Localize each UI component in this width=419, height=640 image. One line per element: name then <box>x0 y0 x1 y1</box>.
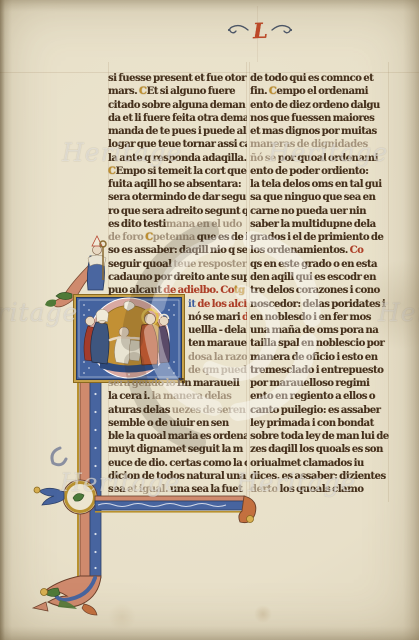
text-run: de adielbo. Co <box>163 285 234 296</box>
text-line: es dito testimana en el udo <box>108 218 247 231</box>
text-run: es dito testi <box>108 219 166 230</box>
text-run: tailla spal en noblescio por <box>250 338 384 349</box>
text-line: los ordenamientos. Co <box>250 244 389 257</box>
text-line: sera otermindo de dar segu <box>108 191 247 204</box>
text-run: carne no pueda uer nin <box>250 206 366 217</box>
text-run: C <box>145 232 153 243</box>
text-line: ñó se por quoal ordenami <box>250 152 389 165</box>
text-run: canto puilegio: es assaber <box>250 405 380 416</box>
text-run: euce de dio. certas como la co <box>108 458 247 469</box>
text-line: it de los alcll <box>108 298 247 311</box>
text-run: Empo si temeit la cort que <box>116 166 247 177</box>
text-run: mana en el udo <box>166 219 242 230</box>
text-column-left: si fuesse present et fue otormars. CEt s… <box>108 72 247 497</box>
text-line: et mas dignos por muitas <box>250 125 389 138</box>
text-run: fin. <box>250 86 269 97</box>
text-run: nos que fuessen maiores <box>250 113 374 124</box>
text-run: tre delos corazones i cono <box>250 285 380 296</box>
text-line: por marauelloso regimi <box>250 377 389 390</box>
text-line: puo alcaut de adielbo. Cotg <box>108 284 247 297</box>
text-line: da et li fuere feita otra dema <box>108 112 247 125</box>
text-line: dosa la razon <box>108 351 247 364</box>
text-line: sera gendo lo fin marauell <box>108 377 247 390</box>
text-line: ento de poder ordiento: <box>250 165 389 178</box>
text-run: den aqill qui es escodr en <box>250 272 376 283</box>
manuscript-page: L si fuesse present et fue otormars. CEt… <box>0 0 419 640</box>
text-run: Co <box>350 245 364 256</box>
text-run: semble o de uiuir en sen <box>108 418 229 429</box>
text-run: qs en este grado o en esta <box>250 259 377 270</box>
text-run: noscedor: delas poridates i <box>250 299 385 310</box>
text-run: dices. es assaber: dizientes <box>250 471 386 482</box>
text-run: que es de ia <box>197 232 247 243</box>
text-line: sobre toda ley de man lui de <box>250 430 389 443</box>
text-run: C <box>139 86 147 97</box>
text-column-right: de todo qui es comnco etfin. Cempo el or… <box>250 72 389 497</box>
text-line: la ante q responda adaqilla. <box>108 152 247 165</box>
text-line: tremesclado i entrepuesto <box>250 364 389 377</box>
text-line: fin. Cempo el ordenami <box>250 85 389 98</box>
text-run: ro que sera adreito segunt q <box>108 206 247 217</box>
text-line: derto los quoals clamo <box>250 483 389 496</box>
text-line: cadauno por dreito ante sup <box>108 271 247 284</box>
text-run: ley primada i con bondat <box>250 418 374 429</box>
text-run: tg <box>234 285 245 296</box>
text-run: ten maraueil <box>188 338 247 349</box>
text-line: so es assaber: daqill nio q sea <box>108 244 247 257</box>
text-line: sa que ninguo que sea en <box>250 191 389 204</box>
text-line: ento de diez ordeno dalgu <box>250 99 389 112</box>
text-line: muyt dignamet seguit la m <box>108 443 247 456</box>
text-run: de foro <box>108 232 145 243</box>
text-line: tailla spal en noblescio por <box>250 337 389 350</box>
text-line: dices. es assaber: dizientes <box>250 470 389 483</box>
text-line: ley primada i con bondat <box>250 417 389 430</box>
text-run: fuita aqill ho se absentara: <box>108 179 241 190</box>
text-line: aturas delas uezes de seren <box>108 404 247 417</box>
text-run: mars. <box>108 86 139 97</box>
text-run: una sea la fuet <box>170 484 242 495</box>
text-line: manda de te pues i puede al <box>108 125 247 138</box>
text-line: si fuesse present et fue otor <box>108 72 247 85</box>
folio-mark: L <box>218 15 302 45</box>
text-line: logar que teue tornar assi ca <box>108 138 247 151</box>
folio-numeral: L <box>252 19 267 41</box>
text-run: et igual. <box>127 484 170 495</box>
text-run: derto <box>250 484 280 495</box>
text-run: por marauelloso regimi <box>250 378 369 389</box>
text-run: grados i el de primiento de <box>250 232 383 243</box>
text-run: citado sobre alguna deman <box>108 100 245 111</box>
text-run: C <box>108 166 116 177</box>
text-run: zes daqill los quoals es son <box>250 444 383 455</box>
text-run: et mas dignos por muitas <box>250 126 377 137</box>
text-line: ro que sera adreito segunt q <box>108 205 247 218</box>
text-run: ento de poder ordiento: <box>250 166 368 177</box>
text-run: los ordenamientos. <box>250 245 350 256</box>
text-line: la cera i. la manera delas <box>108 390 247 403</box>
text-run: ento de diez ordeno dalgu <box>250 100 380 111</box>
text-line: den aqill qui es escodr en <box>250 271 389 284</box>
text-run: una maña de oms pora na <box>250 325 378 336</box>
text-run: Et si alguno fuere <box>147 86 235 97</box>
text-run: la tela delos oms en tal gui <box>250 179 382 190</box>
text-line: una maña de oms pora na <box>250 324 389 337</box>
text-run: fin marauell <box>177 378 239 389</box>
text-run: los quoals clamo <box>280 484 364 495</box>
text-run: de todo qui es comnco et <box>250 73 373 84</box>
text-line: de foro Cpetenna que es de ia <box>108 231 247 244</box>
text-run: ble la quoal maria es ordena <box>108 431 247 442</box>
text-line: la tela delos oms en tal gui <box>250 178 389 191</box>
text-line: euce de dio. certas como la co <box>108 457 247 470</box>
text-line: ento en regiento a ellos o <box>250 390 389 403</box>
text-run: puo alcaut <box>108 285 163 296</box>
text-run: da et li fuere feita otra dema <box>108 113 247 124</box>
text-line: nos que fuessen maiores <box>250 112 389 125</box>
text-run: si fuesse present et fue otor <box>108 73 246 84</box>
text-run: so es assaber: daqill nio q sea <box>108 245 247 256</box>
text-line: nó se mari de: <box>108 311 247 324</box>
text-line: fuita aqill ho se absentara: <box>108 178 247 191</box>
text-run: sera gendo lo <box>108 378 177 389</box>
text-line: en noblesdo i en fer mos <box>250 311 389 324</box>
text-line: qs en este grado o en esta <box>250 258 389 271</box>
flourish-icon <box>226 23 250 37</box>
text-run: la ante q responda adaqilla. <box>108 153 247 164</box>
text-line: noscedor: delas poridates i <box>250 298 389 311</box>
text-run: sera otermindo de dar segu <box>108 192 246 203</box>
text-run: de qm puede <box>188 365 247 376</box>
text-run: sobre toda ley de man lui de <box>250 431 389 442</box>
text-run: maneras de dignidades <box>250 139 368 150</box>
text-line: citado sobre alguna deman <box>108 99 247 112</box>
text-line: ten maraueil <box>108 337 247 350</box>
text-run: dosa la razon <box>188 352 247 363</box>
text-run: teue resposter <box>173 259 246 270</box>
text-line: CEmpo si temeit la cort que <box>108 165 247 178</box>
text-run: la cera i. <box>108 391 152 402</box>
text-run: seguir quoal <box>108 259 173 270</box>
text-run: empo el ordenami <box>276 86 368 97</box>
text-run: ñó se <box>250 153 278 164</box>
text-run: oriualmet clamados iu <box>250 458 364 469</box>
text-run: por quoal ordenami <box>278 153 378 164</box>
text-line: de qm puede <box>108 364 247 377</box>
text-run: sea <box>108 484 127 495</box>
text-line: zes daqill los quoals es son <box>250 443 389 456</box>
text-line: tre delos corazones i cono <box>250 284 389 297</box>
text-run: uellla - dela e: <box>188 325 247 336</box>
text-line: sea et igual. una sea la fuet <box>108 483 247 496</box>
text-run: uezes de seren <box>172 405 246 416</box>
text-run: ento en regiento a ellos o <box>250 391 375 402</box>
text-run: saber la multidupne dela <box>250 219 376 230</box>
text-run: la manera delas <box>152 391 232 402</box>
text-line: grados i el de primiento de <box>250 231 389 244</box>
text-line: carne no pueda uer nin <box>250 205 389 218</box>
text-line: maneras de dignidades <box>250 138 389 151</box>
text-line: manera de oficio i esto en <box>250 351 389 364</box>
text-line: mars. CEt si alguno fuere <box>108 85 247 98</box>
text-line: oriualmet clamados iu <box>250 457 389 470</box>
text-run: cadauno por dreito ante sup <box>108 272 247 283</box>
text-line: seguir quoal teue resposter <box>108 258 247 271</box>
text-run: manda de te pues i puede al <box>108 126 246 137</box>
text-line: semble o de uiuir en sen <box>108 417 247 430</box>
text-run: dicion de todos natural una <box>108 471 246 482</box>
text-run: sa que ninguo que sea en <box>250 192 375 203</box>
text-line: uellla - dela e: <box>108 324 247 337</box>
text-line: de todo qui es comnco et <box>250 72 389 85</box>
text-run: en noblesdo i en fer mos <box>250 312 371 323</box>
text-line: dicion de todos natural una <box>108 470 247 483</box>
text-line: saber la multidupne dela <box>250 218 389 231</box>
text-run: aturas delas <box>108 405 172 416</box>
text-run: muyt dignamet seguit la m <box>108 444 243 455</box>
text-run: petenna <box>153 232 197 243</box>
text-run: it <box>188 299 197 310</box>
text-run: de: <box>242 312 247 323</box>
text-line: ble la quoal maria es ordena <box>108 430 247 443</box>
text-run: nó se mari <box>188 312 242 323</box>
flourish-icon <box>270 23 294 37</box>
text-run: manera de oficio i esto en <box>250 352 378 363</box>
text-line: canto puilegio: es assaber <box>250 404 389 417</box>
text-run: logar que teue tornar assi ca <box>108 139 247 150</box>
text-run: tremesclado i entrepuesto <box>250 365 383 376</box>
text-run: de los alcll <box>197 299 247 310</box>
